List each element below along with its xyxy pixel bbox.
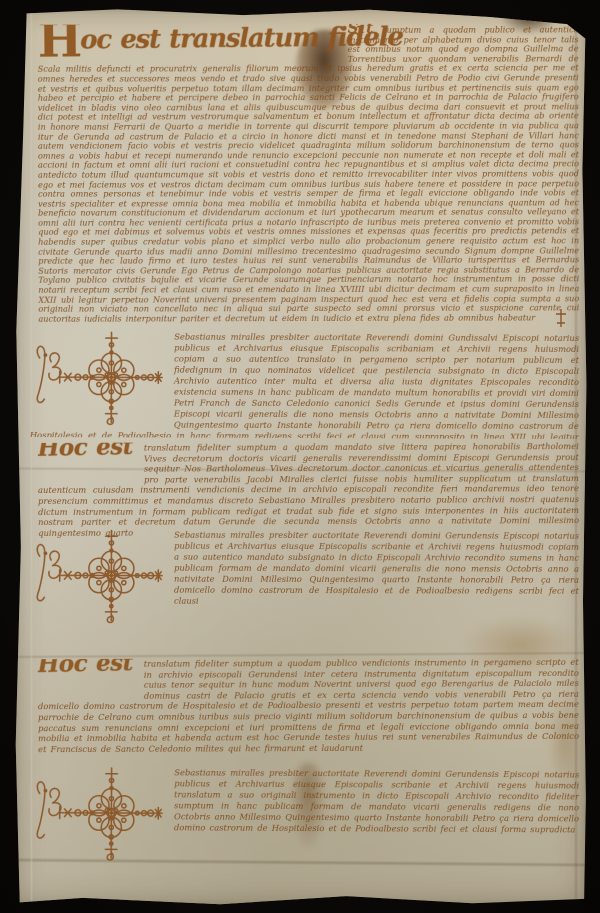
charter-body-text: sumptum a quodam publico et autentico in… (38, 24, 580, 323)
document-title: Hoc est translatum fidele (38, 24, 340, 61)
notarial-sign-icon (30, 529, 164, 625)
parchment-sheet: Hoc est translatum fidele Sit sumptum a … (14, 8, 587, 906)
notarial-sign-icon (30, 331, 164, 427)
notarial-sign-icon (30, 767, 165, 864)
notarial-text-2: Sebastianus miralles presbiter auctorita… (174, 530, 579, 606)
notarial-section-2: Sebastianus miralles presbiter auctorita… (30, 529, 579, 640)
hoc-est-heading-2: Hoc est (38, 658, 138, 692)
hoc-est-section-1: Hoc est translatum fideliter sumptum a q… (38, 441, 579, 541)
hoc-est-heading-1: Hoc est (38, 442, 138, 476)
main-charter-text: Hoc est translatum fidele Sit sumptum a … (38, 23, 580, 336)
hoc-est-section-2: Hoc est translatum fideliter sumptum a q… (38, 657, 580, 781)
notarial-text-3: Sebastianus miralles presbiter auctorita… (174, 767, 579, 834)
title-initial: H (38, 23, 81, 68)
manuscript-photo: Hoc est translatum fidele Sit sumptum a … (0, 0, 600, 913)
title-text: oc est translatum fidele (80, 23, 403, 55)
cross-mark-icon (554, 308, 568, 328)
notarial-section-1: Sebastianus miralles presbiter auctorita… (30, 331, 579, 439)
notarial-section-3: Sebastianus miralles presbiter auctorita… (30, 767, 580, 876)
